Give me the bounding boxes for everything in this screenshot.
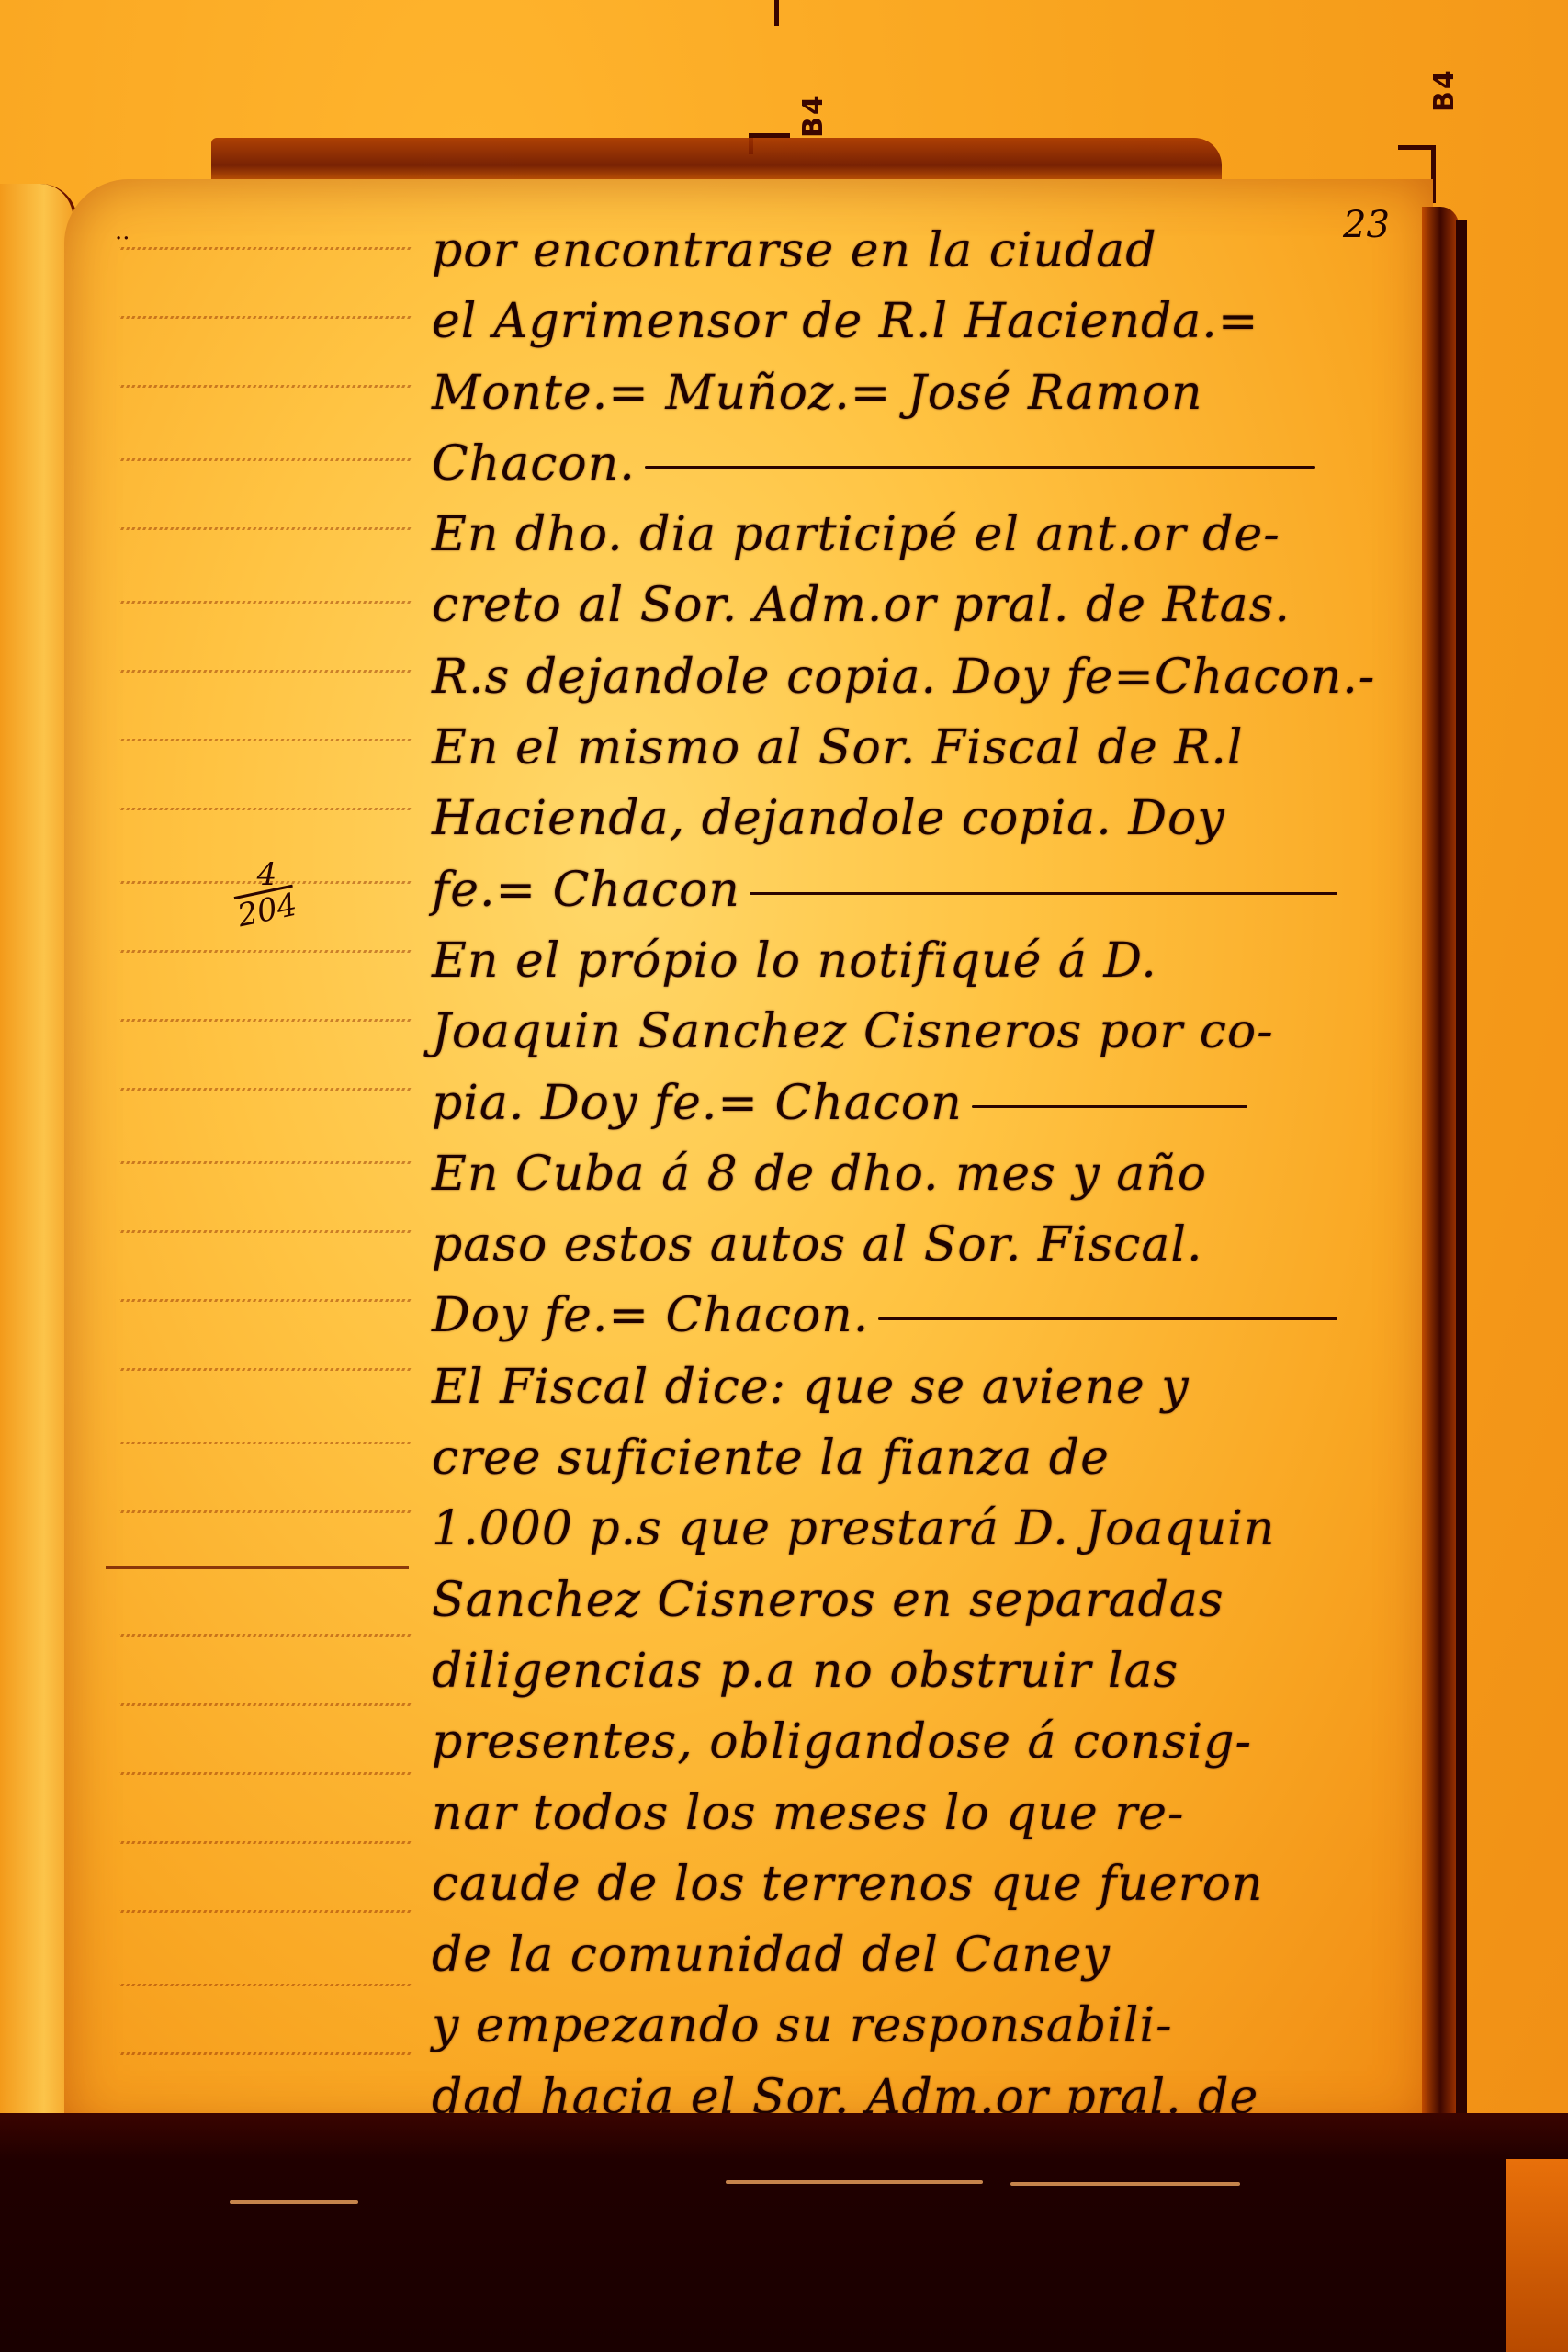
bleed-through-rule xyxy=(106,1566,409,1569)
manuscript-line: nar todos los meses lo que re- xyxy=(432,1779,1424,1849)
page-top-edge-shadow xyxy=(211,138,1222,184)
bottom-glint xyxy=(230,2200,358,2204)
manuscript-line: fe.= Chacon xyxy=(432,855,1424,926)
manuscript-line-text: En el própio lo notifiqué á D. xyxy=(432,933,1157,989)
corner-mark: ·· xyxy=(115,225,130,253)
manuscript-line: 1.000 p.s que prestará D. Joaquin xyxy=(432,1494,1424,1565)
manuscript-line-text: En dho. dia participé el ant.or de- xyxy=(432,507,1280,562)
bottom-glint xyxy=(1010,2182,1240,2186)
bottom-binding-shadow xyxy=(0,2113,1568,2352)
manuscript-line-text: Monte.= Muñoz.= José Ramon xyxy=(432,366,1203,421)
manuscript-text: por encontrarse en la ciudadel Agrimenso… xyxy=(432,216,1424,2276)
registration-label-right: B4 xyxy=(1428,68,1461,112)
manuscript-line-text: creto al Sor. Adm.or pral. de Rtas. xyxy=(432,578,1291,633)
registration-tick-top xyxy=(774,0,779,26)
registration-label-left: B4 xyxy=(797,94,829,138)
manuscript-line: Hacienda, dejandole copia. Doy xyxy=(432,784,1424,854)
manuscript-line: caude de los terrenos que fueron xyxy=(432,1849,1424,1920)
manuscript-line-text: y empezando su responsabili- xyxy=(432,1998,1173,2053)
manuscript-line: En dho. dia participé el ant.or de- xyxy=(432,500,1424,571)
manuscript-line-text: En el mismo al Sor. Fiscal de R.l xyxy=(432,720,1244,775)
manuscript-line: y empezando su responsabili- xyxy=(432,1991,1424,2062)
manuscript-line: por encontrarse en la ciudad xyxy=(432,216,1424,287)
manuscript-line-text: El Fiscal dice: que se aviene y xyxy=(432,1360,1190,1415)
manuscript-line: diligencias p.a no obstruir las xyxy=(432,1636,1424,1707)
page-right-binding xyxy=(1456,220,1467,2131)
manuscript-line: Sanchez Cisneros en separadas xyxy=(432,1566,1424,1636)
manuscript-line: creto al Sor. Adm.or pral. de Rtas. xyxy=(432,571,1424,641)
manuscript-line: En Cuba á 8 de dho. mes y año xyxy=(432,1139,1424,1210)
manuscript-line: cree suficiente la fianza de xyxy=(432,1423,1424,1494)
signature-rule xyxy=(972,1105,1247,1108)
manuscript-line-text: Doy fe.= Chacon. xyxy=(432,1288,869,1343)
manuscript-line-text: fe.= Chacon xyxy=(432,863,740,918)
manuscript-line: paso estos autos al Sor. Fiscal. xyxy=(432,1210,1424,1281)
signature-rule xyxy=(750,892,1337,895)
manuscript-line: En el própio lo notifiqué á D. xyxy=(432,926,1424,997)
manuscript-line-text: pia. Doy fe.= Chacon xyxy=(432,1076,963,1131)
manuscript-line: Monte.= Muñoz.= José Ramon xyxy=(432,358,1424,429)
manuscript-line-text: por encontrarse en la ciudad xyxy=(432,223,1157,278)
manuscript-line: el Agrimensor de R.l Hacienda.= xyxy=(432,287,1424,357)
manuscript-line-text: R.s dejandole copia. Doy fe=Chacon.- xyxy=(432,650,1375,705)
manuscript-line-text: En Cuba á 8 de dho. mes y año xyxy=(432,1147,1207,1202)
manuscript-line-text: diligencias p.a no obstruir las xyxy=(432,1644,1179,1699)
bottom-right-edge xyxy=(1506,2159,1568,2352)
manuscript-line: Chacon. xyxy=(432,429,1424,500)
manuscript-line-text: nar todos los meses lo que re- xyxy=(432,1786,1185,1841)
margin-annotation: 4 204 xyxy=(237,859,297,926)
manuscript-line: Doy fe.= Chacon. xyxy=(432,1281,1424,1351)
manuscript-line: pia. Doy fe.= Chacon xyxy=(432,1069,1424,1139)
manuscript-line: En el mismo al Sor. Fiscal de R.l xyxy=(432,713,1424,784)
manuscript-line-text: de la comunidad del Caney xyxy=(432,1928,1111,1983)
manuscript-line: presentes, obligandose á consig- xyxy=(432,1707,1424,1778)
manuscript-line: R.s dejandole copia. Doy fe=Chacon.- xyxy=(432,642,1424,713)
manuscript-line-text: Chacon. xyxy=(432,436,636,492)
manuscript-line-text: el Agrimensor de R.l Hacienda.= xyxy=(432,294,1258,349)
manuscript-line-text: presentes, obligandose á consig- xyxy=(432,1714,1252,1770)
manuscript-line-text: Hacienda, dejandole copia. Doy xyxy=(432,791,1225,846)
manuscript-line-text: paso estos autos al Sor. Fiscal. xyxy=(432,1217,1203,1272)
manuscript-line: de la comunidad del Caney xyxy=(432,1920,1424,1991)
manuscript-line-text: Sanchez Cisneros en separadas xyxy=(432,1573,1224,1628)
signature-rule xyxy=(878,1317,1337,1320)
manuscript-line-text: cree suficiente la fianza de xyxy=(432,1430,1110,1486)
bottom-glint xyxy=(726,2180,983,2184)
manuscript-line-text: 1.000 p.s que prestará D. Joaquin xyxy=(432,1501,1275,1556)
margin-annotation-bottom: 204 xyxy=(234,885,300,933)
page-right-edge xyxy=(1422,207,1459,2127)
manuscript-line-text: caude de los terrenos que fueron xyxy=(432,1857,1263,1912)
manuscript-line-text: Joaquin Sanchez Cisneros por co- xyxy=(432,1004,1274,1059)
manuscript-line: El Fiscal dice: que se aviene y xyxy=(432,1352,1424,1423)
signature-rule xyxy=(645,466,1315,469)
manuscript-line: Joaquin Sanchez Cisneros por co- xyxy=(432,997,1424,1068)
